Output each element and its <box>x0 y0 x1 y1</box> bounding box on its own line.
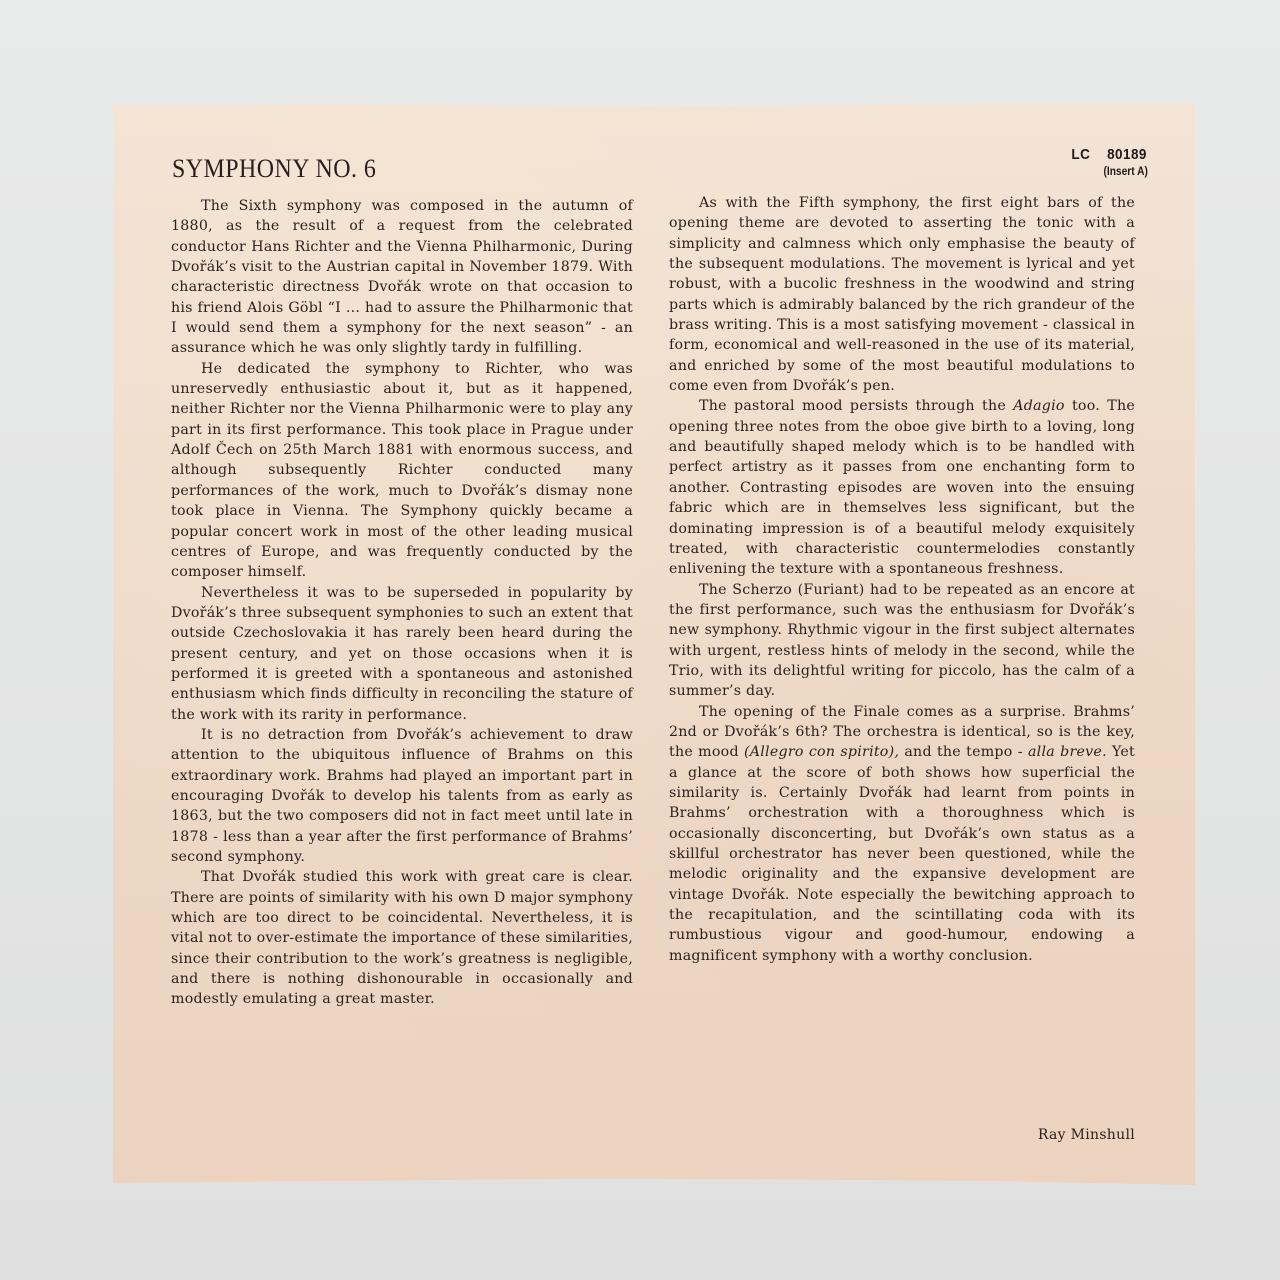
paragraph: It is no detraction from Dvořák’s achiev… <box>171 725 633 867</box>
document-title: SYMPHONY NO. 6 <box>172 154 376 184</box>
author-signature: Ray Minshull <box>1038 1127 1135 1143</box>
paragraph: The opening of the Finale comes as a sur… <box>669 702 1135 966</box>
tempo-marking: (Allegro con spirito), <box>744 744 899 760</box>
paragraph: The Sixth symphony was composed in the a… <box>171 196 633 359</box>
paragraph: As with the Fifth symphony, the first ei… <box>669 193 1135 396</box>
text-run: Yet a glance at the score of both shows … <box>669 744 1135 963</box>
tempo-marking: Adagio <box>1013 398 1064 414</box>
right-column: As with the Fifth symphony, the first ei… <box>669 193 1135 966</box>
paragraph: He dedicated the symphony to Richter, wh… <box>171 359 633 583</box>
paragraph: That Dvořák studied this work with great… <box>171 867 633 1009</box>
left-column: The Sixth symphony was composed in the a… <box>171 196 633 1010</box>
text-run: The pastoral mood persists through the <box>699 398 1013 414</box>
text-run: too. The opening three notes from the ob… <box>669 398 1135 577</box>
paragraph: The pastoral mood persists through the A… <box>669 396 1135 579</box>
text-run: and the tempo - <box>899 744 1028 760</box>
insert-label: (Insert A) <box>1076 164 1148 178</box>
tempo-marking: alla breve. <box>1028 744 1107 760</box>
catalog-number: LC 80189 <box>1072 146 1147 163</box>
paragraph: Nevertheless it was to be superseded in … <box>171 583 633 725</box>
catalog-label: LC 80189 (Insert A) <box>1063 146 1147 178</box>
paragraph: The Scherzo (Furiant) had to be repeated… <box>669 580 1135 702</box>
